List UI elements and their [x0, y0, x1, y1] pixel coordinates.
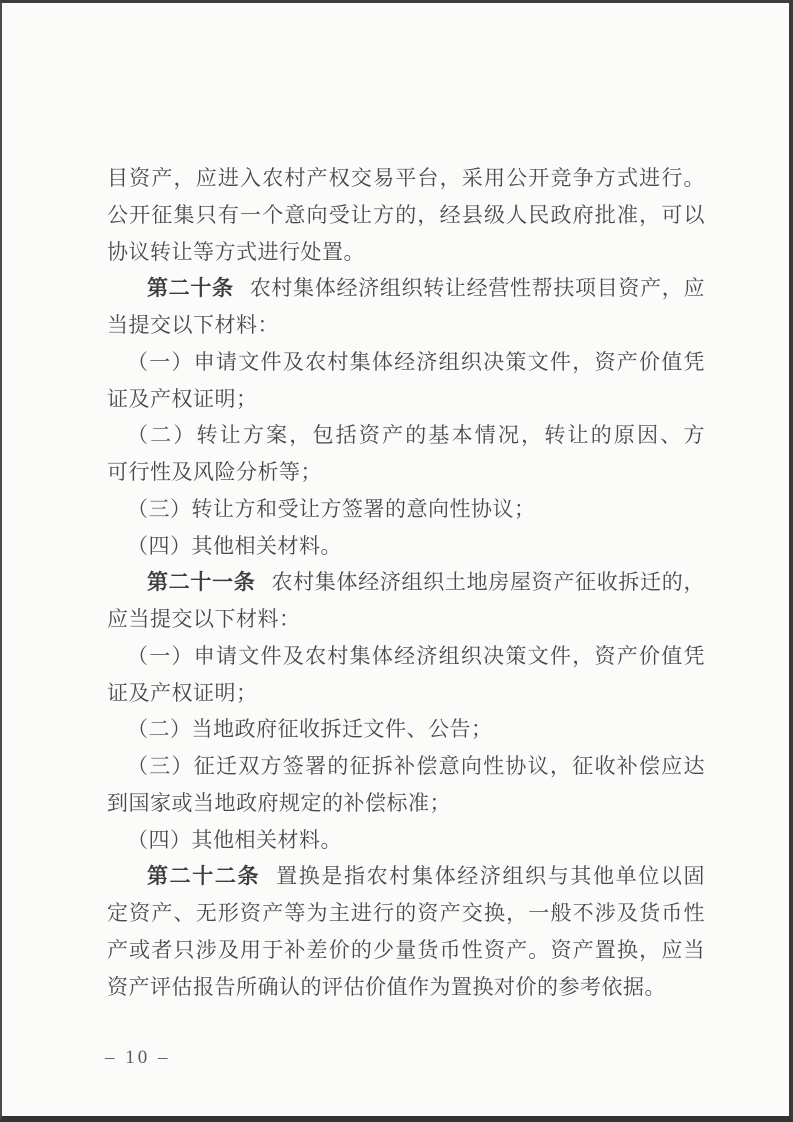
text-line: （三）转让方和受让方签署的意向性协议； [107, 491, 705, 528]
text-line: 产或者只涉及用于补差价的少量货币性资产。资产置换，应当以 [107, 932, 705, 969]
text-line: （三）征迁双方签署的征拆补偿意向性协议，征收补偿应达 [107, 748, 705, 785]
text-line: 目资产，应进入农村产权交易平台，采用公开竞争方式进行。经 [107, 160, 705, 197]
text-line-content: 置换是指农村集体经济组织与其他单位以固 [276, 864, 705, 888]
text-line: （一）申请文件及农村集体经济组织决策文件，资产价值凭 [107, 344, 705, 381]
text-line: 应当提交以下材料： [107, 601, 705, 638]
article-number: 第二十条 [147, 276, 234, 300]
document-body: 目资产，应进入农村产权交易平台，采用公开竞争方式进行。经公开征集只有一个意向受让… [107, 160, 705, 1005]
text-line: 第二十一条农村集体经济组织土地房屋资产征收拆迁的， [107, 564, 705, 601]
text-line: （四）其他相关材料。 [107, 528, 705, 565]
article-number: 第二十二条 [147, 864, 260, 888]
text-line-content: 农村集体经济组织土地房屋资产征收拆迁的， [271, 570, 705, 594]
text-line: 到国家或当地政府规定的补偿标准； [107, 785, 705, 822]
text-line: （四）其他相关材料。 [107, 822, 705, 859]
text-line: 证及产权证明； [107, 675, 705, 712]
text-line: 证及产权证明； [107, 381, 705, 418]
text-line: 定资产、无形资产等为主进行的资产交换，一般不涉及货币性资 [107, 895, 705, 932]
text-line: （一）申请文件及农村集体经济组织决策文件，资产价值凭 [107, 638, 705, 675]
text-line: 当提交以下材料： [107, 307, 705, 344]
article-number: 第二十一条 [147, 570, 255, 594]
text-line-content: 农村集体经济组织转让经营性帮扶项目资产，应 [250, 276, 705, 300]
text-line: 第二十二条置换是指农村集体经济组织与其他单位以固 [107, 858, 705, 895]
text-line: （二）转让方案，包括资产的基本情况，转让的原因、方式， [107, 417, 705, 454]
text-line: 第二十条农村集体经济组织转让经营性帮扶项目资产，应 [107, 270, 705, 307]
text-line: （二）当地政府征收拆迁文件、公告； [107, 711, 705, 748]
text-line: 公开征集只有一个意向受让方的，经县级人民政府批准，可以以 [107, 197, 705, 234]
page-number: – 10 – [105, 1047, 171, 1069]
text-line: 可行性及风险分析等； [107, 454, 705, 491]
scanned-document-page: 目资产，应进入农村产权交易平台，采用公开竞争方式进行。经公开征集只有一个意向受让… [0, 0, 793, 1122]
text-line: 协议转让等方式进行处置。 [107, 234, 705, 271]
text-line: 资产评估报告所确认的评估价值作为置换对价的参考依据。 [107, 969, 705, 1006]
